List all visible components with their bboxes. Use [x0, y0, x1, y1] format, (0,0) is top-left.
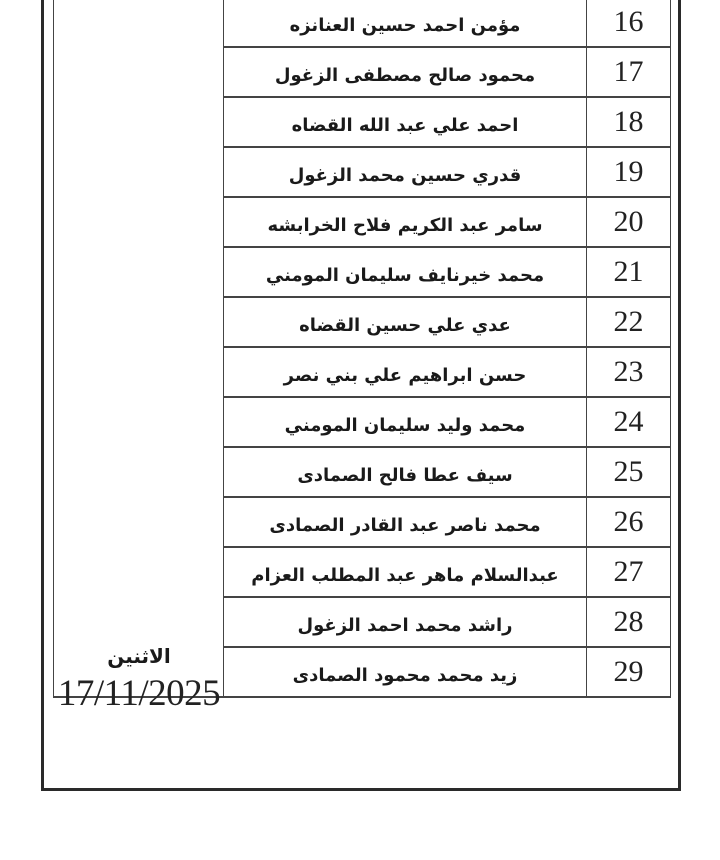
table-row: محمد وليد سليمان المومني24: [224, 396, 670, 446]
row-name: زيد محمد محمود الصمادى: [224, 648, 586, 696]
row-name: محمد وليد سليمان المومني: [224, 398, 586, 446]
table-row: مؤمن احمد حسين العنانزه16: [224, 0, 670, 46]
row-number: 25: [586, 448, 670, 496]
table-row: محمد ناصر عبد القادر الصمادى26: [224, 496, 670, 546]
row-number: 17: [586, 48, 670, 96]
date-label: 17/11/2025: [54, 672, 224, 715]
table-row: قدري حسين محمد الزغول19: [224, 146, 670, 196]
row-name: محمود صالح مصطفى الزغول: [224, 48, 586, 96]
row-number: 16: [586, 0, 670, 46]
row-number: 23: [586, 348, 670, 396]
row-number: 24: [586, 398, 670, 446]
row-name: مؤمن احمد حسين العنانزه: [224, 0, 586, 46]
row-number: 27: [586, 548, 670, 596]
row-name: قدري حسين محمد الزغول: [224, 148, 586, 196]
row-number: 18: [586, 98, 670, 146]
row-number: 29: [586, 648, 670, 696]
row-name: عدي علي حسين القضاه: [224, 298, 586, 346]
table-row: احمد علي عبد الله القضاه18: [224, 96, 670, 146]
row-number: 22: [586, 298, 670, 346]
table-row: سيف عطا فالح الصمادى25: [224, 446, 670, 496]
row-number: 21: [586, 248, 670, 296]
day-label: الاثنين: [54, 644, 224, 668]
table-row: محمود صالح مصطفى الزغول17: [224, 46, 670, 96]
table-row: عدي علي حسين القضاه22: [224, 296, 670, 346]
table-row: سامر عبد الكريم فلاح الخرابشه20: [224, 196, 670, 246]
row-number: 28: [586, 598, 670, 646]
row-name: محمد ناصر عبد القادر الصمادى: [224, 498, 586, 546]
row-name: حسن ابراهيم علي بني نصر: [224, 348, 586, 396]
table-row: زيد محمد محمود الصمادى29: [224, 646, 670, 696]
table-row: راشد محمد احمد الزغول28: [224, 596, 670, 646]
row-number: 19: [586, 148, 670, 196]
table-row: حسن ابراهيم علي بني نصر23: [224, 346, 670, 396]
row-name: سامر عبد الكريم فلاح الخرابشه: [224, 198, 586, 246]
row-name: محمد خيرنايف سليمان المومني: [224, 248, 586, 296]
rows-container: مؤمن احمد حسين العنانزه16 محمود صالح مصط…: [224, 0, 670, 696]
table-row: محمد خيرنايف سليمان المومني21: [224, 246, 670, 296]
row-name: راشد محمد احمد الزغول: [224, 598, 586, 646]
row-name: احمد علي عبد الله القضاه: [224, 98, 586, 146]
table-row: عبدالسلام ماهر عبد المطلب العزام27: [224, 546, 670, 596]
row-number: 26: [586, 498, 670, 546]
row-name: عبدالسلام ماهر عبد المطلب العزام: [224, 548, 586, 596]
names-table: الاثنين 17/11/2025 مؤمن احمد حسين العنان…: [53, 0, 671, 698]
date-column: الاثنين 17/11/2025: [54, 0, 224, 696]
row-number: 20: [586, 198, 670, 246]
row-name: سيف عطا فالح الصمادى: [224, 448, 586, 496]
